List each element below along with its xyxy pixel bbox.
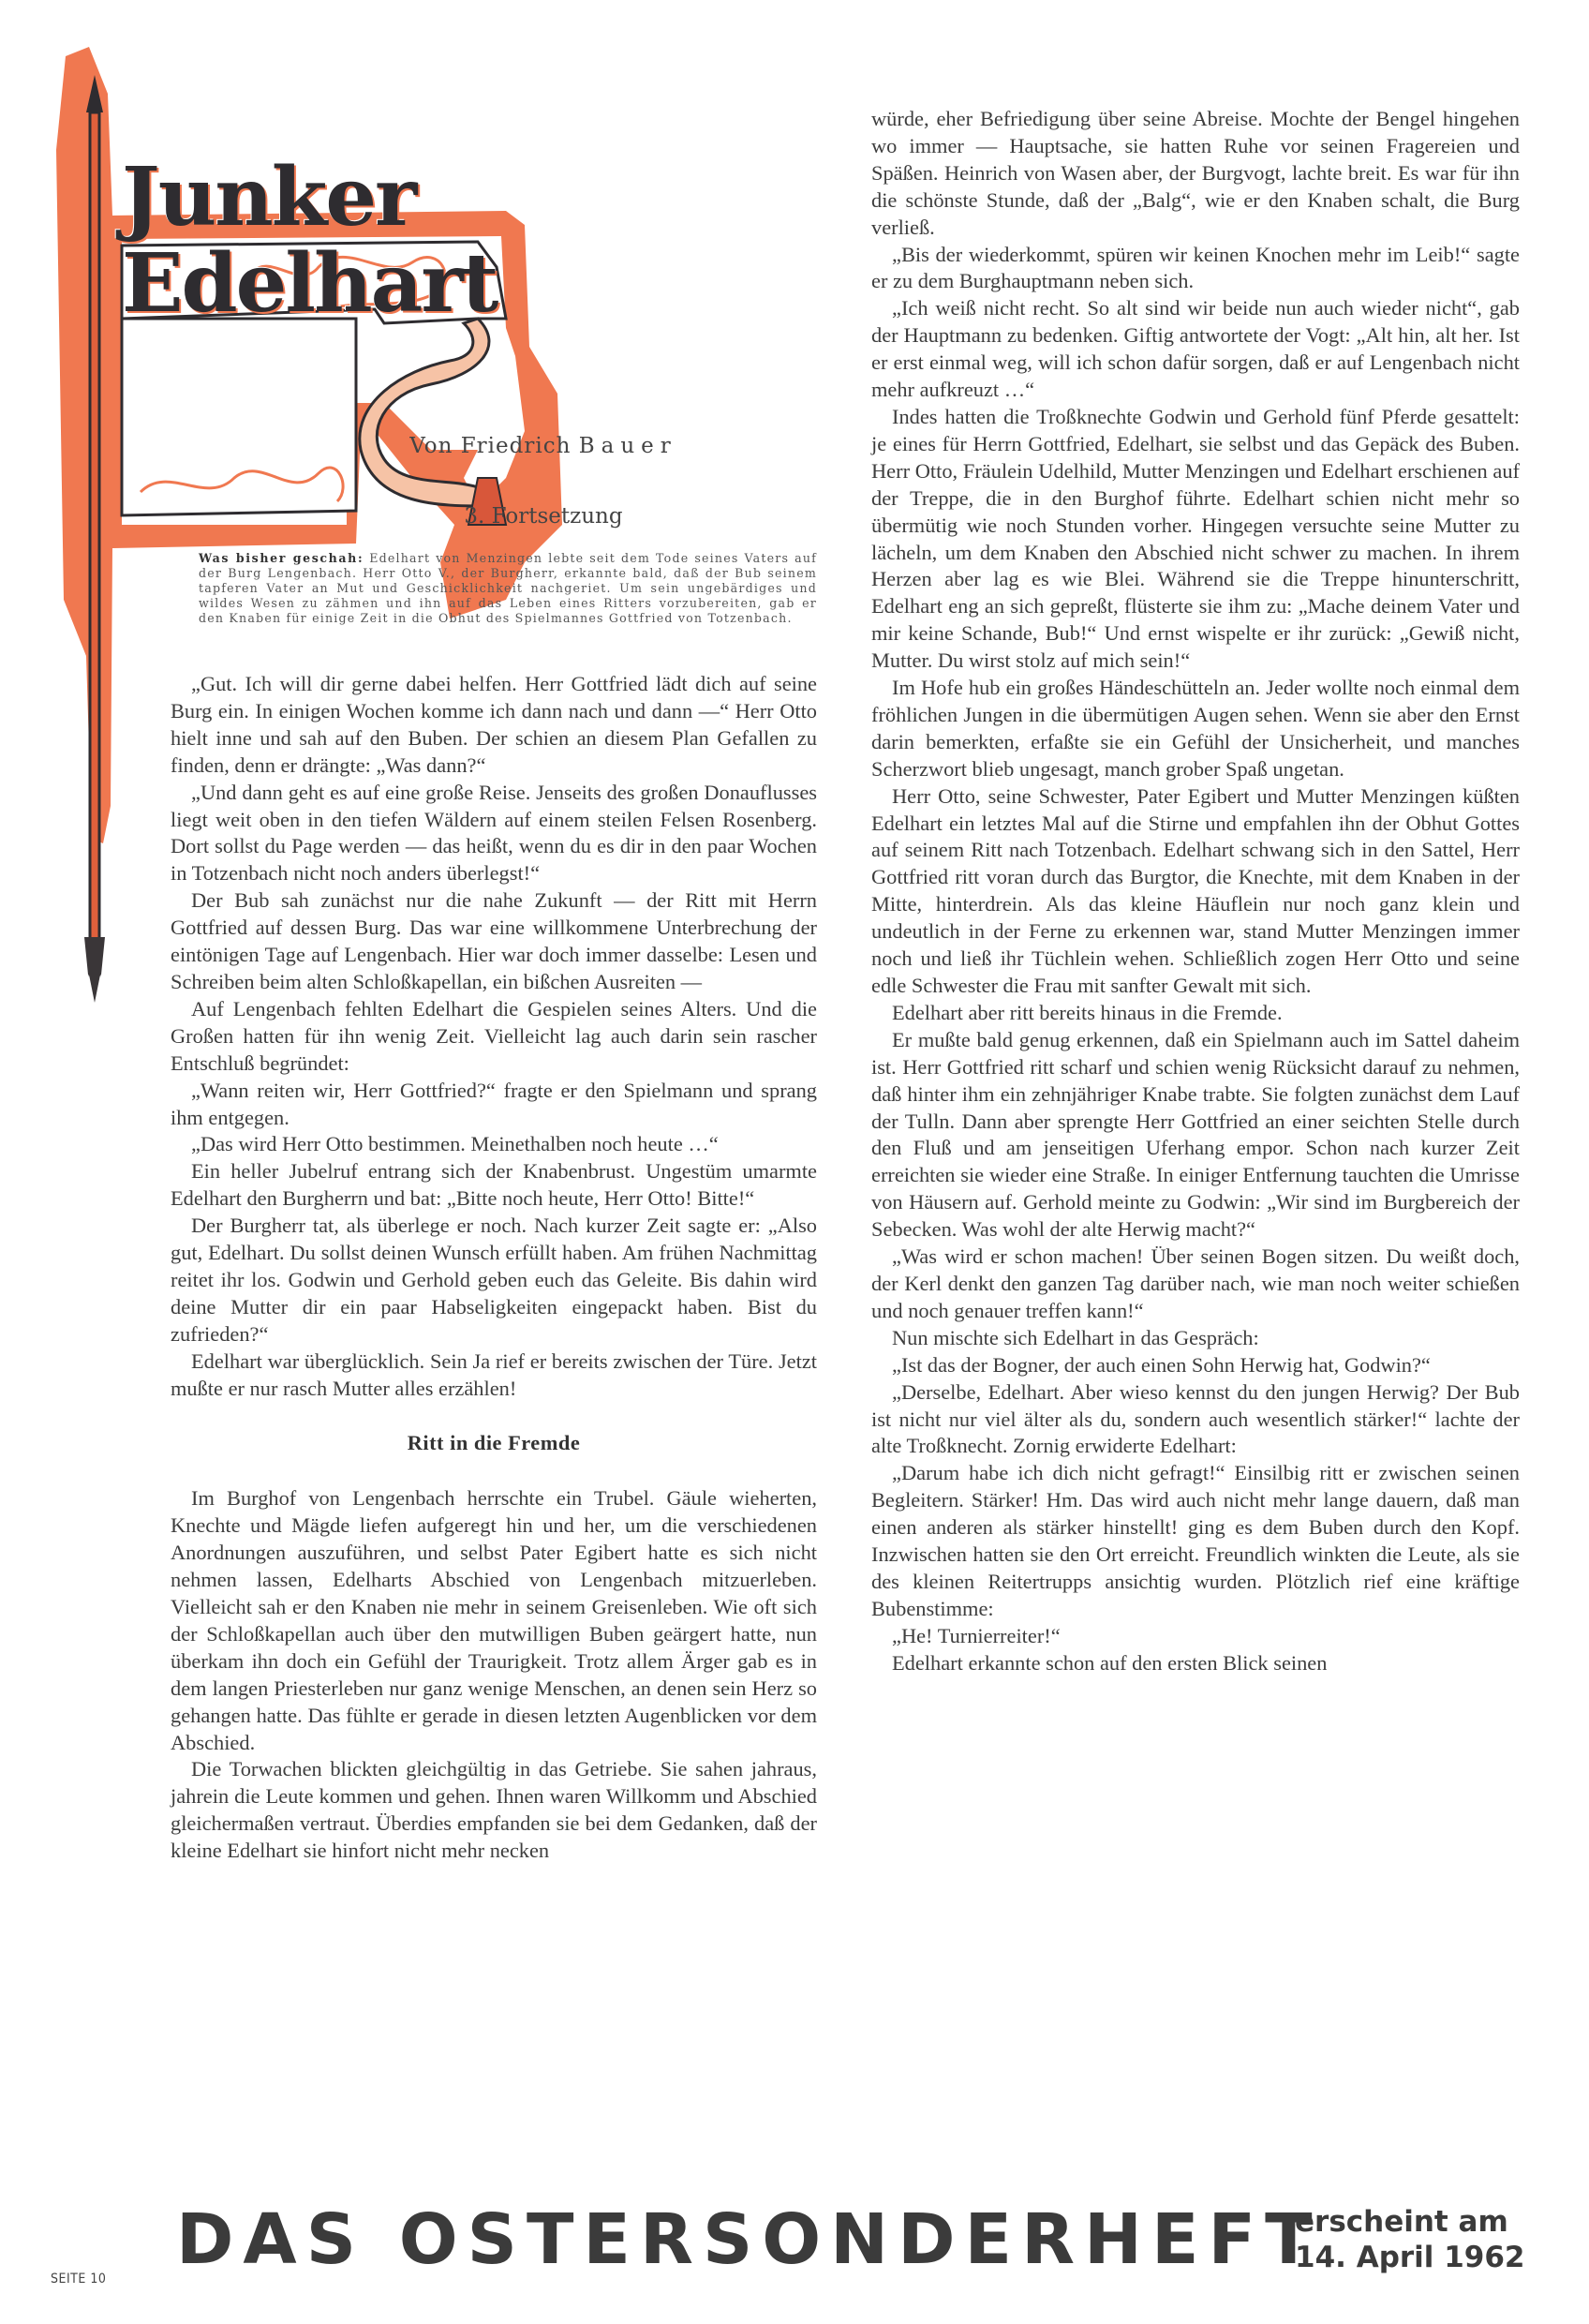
byline-prefix: Von Friedrich <box>409 434 571 458</box>
paragraph: „Derselbe, Edelhart. Aber wieso kennst d… <box>871 1379 1520 1461</box>
paragraph: Nun mischte sich Edelhart in das Gespräc… <box>871 1325 1520 1352</box>
paragraph: Herr Otto, seine Schwester, Pater Egiber… <box>871 783 1520 1000</box>
banner-title: Junker Edelhart <box>122 155 459 327</box>
ad-headline: DAS OSTERSONDERHEFT <box>176 2202 1322 2277</box>
byline: Von Friedrich Bauer <box>356 434 731 458</box>
banner-title-line2: Edelhart <box>122 241 459 327</box>
ad-line-2: 14. April 1962 <box>1295 2240 1529 2275</box>
paragraph: „Wann reiten wir, Herr Gottfried?“ fragt… <box>171 1078 817 1132</box>
page-number: SEITE 10 <box>51 2272 106 2287</box>
paragraph: „Was wird er schon machen! Über seinen B… <box>871 1244 1520 1325</box>
paragraph: Edelhart erkannte schon auf den ersten B… <box>871 1650 1520 1677</box>
paragraph-continuation: würde, eher Befriedigung über seine Abre… <box>871 106 1520 242</box>
paragraph: „Darum habe ich dich nicht gefragt!“ Ein… <box>871 1460 1520 1622</box>
paragraph: „He! Turnierreiter!“ <box>871 1623 1520 1650</box>
paragraph: Der Bub sah zunächst nur die nahe Zukunf… <box>171 887 817 996</box>
paragraph: Auf Lengenbach fehlten Edelhart die Gesp… <box>171 996 817 1078</box>
paragraph: Im Burghof von Lengenbach herrschte ein … <box>171 1485 817 1756</box>
magazine-page: Junker Edelhart Von Friedrich Bauer 3. F… <box>0 0 1589 2324</box>
paragraph: Er mußte bald genug erkennen, daß ein Sp… <box>871 1027 1520 1244</box>
paragraph: Die Torwachen blickten gleichgültig in d… <box>171 1756 817 1865</box>
paragraph: Der Burgherr tat, als überlege er noch. … <box>171 1213 817 1348</box>
paragraph: „Das wird Herr Otto bestimmen. Meinethal… <box>171 1131 817 1158</box>
summary-label: Was bisher geschah: <box>199 551 364 565</box>
paragraph: Im Hofe hub ein großes Händeschütteln an… <box>871 675 1520 783</box>
paragraph: „Ich weiß nicht recht. So alt sind wir b… <box>871 295 1520 404</box>
section-subhead: Ritt in die Fremde <box>171 1430 817 1457</box>
paragraph: „Ist das der Bogner, der auch einen Sohn… <box>871 1352 1520 1379</box>
paragraph: „Bis der wiederkommt, spüren wir keinen … <box>871 242 1520 296</box>
installment-label: 3. Fortsetzung <box>356 504 731 529</box>
story-summary: Was bisher geschah: Edelhart von Menzing… <box>199 551 817 626</box>
paragraph: „Gut. Ich will dir gerne dabei helfen. H… <box>171 671 817 780</box>
right-column: würde, eher Befriedigung über seine Abre… <box>871 106 1520 1677</box>
paragraph: Edelhart aber ritt bereits hinaus in die… <box>871 1000 1520 1027</box>
paragraph: Ein heller Jubelruf entrang sich der Kna… <box>171 1158 817 1213</box>
banner-title-line1: Junker <box>122 150 415 245</box>
byline-surname: Bauer <box>579 434 677 458</box>
ad-date-block: erscheint am 14. April 1962 <box>1295 2204 1529 2275</box>
paragraph: „Und dann geht es auf eine große Reise. … <box>171 780 817 888</box>
left-column: „Gut. Ich will dir gerne dabei helfen. H… <box>171 671 817 1865</box>
ad-line-1: erscheint am <box>1295 2204 1529 2240</box>
paragraph: Indes hatten die Troßknechte Godwin und … <box>871 404 1520 675</box>
paragraph: Edelhart war überglücklich. Sein Ja rief… <box>171 1348 817 1403</box>
